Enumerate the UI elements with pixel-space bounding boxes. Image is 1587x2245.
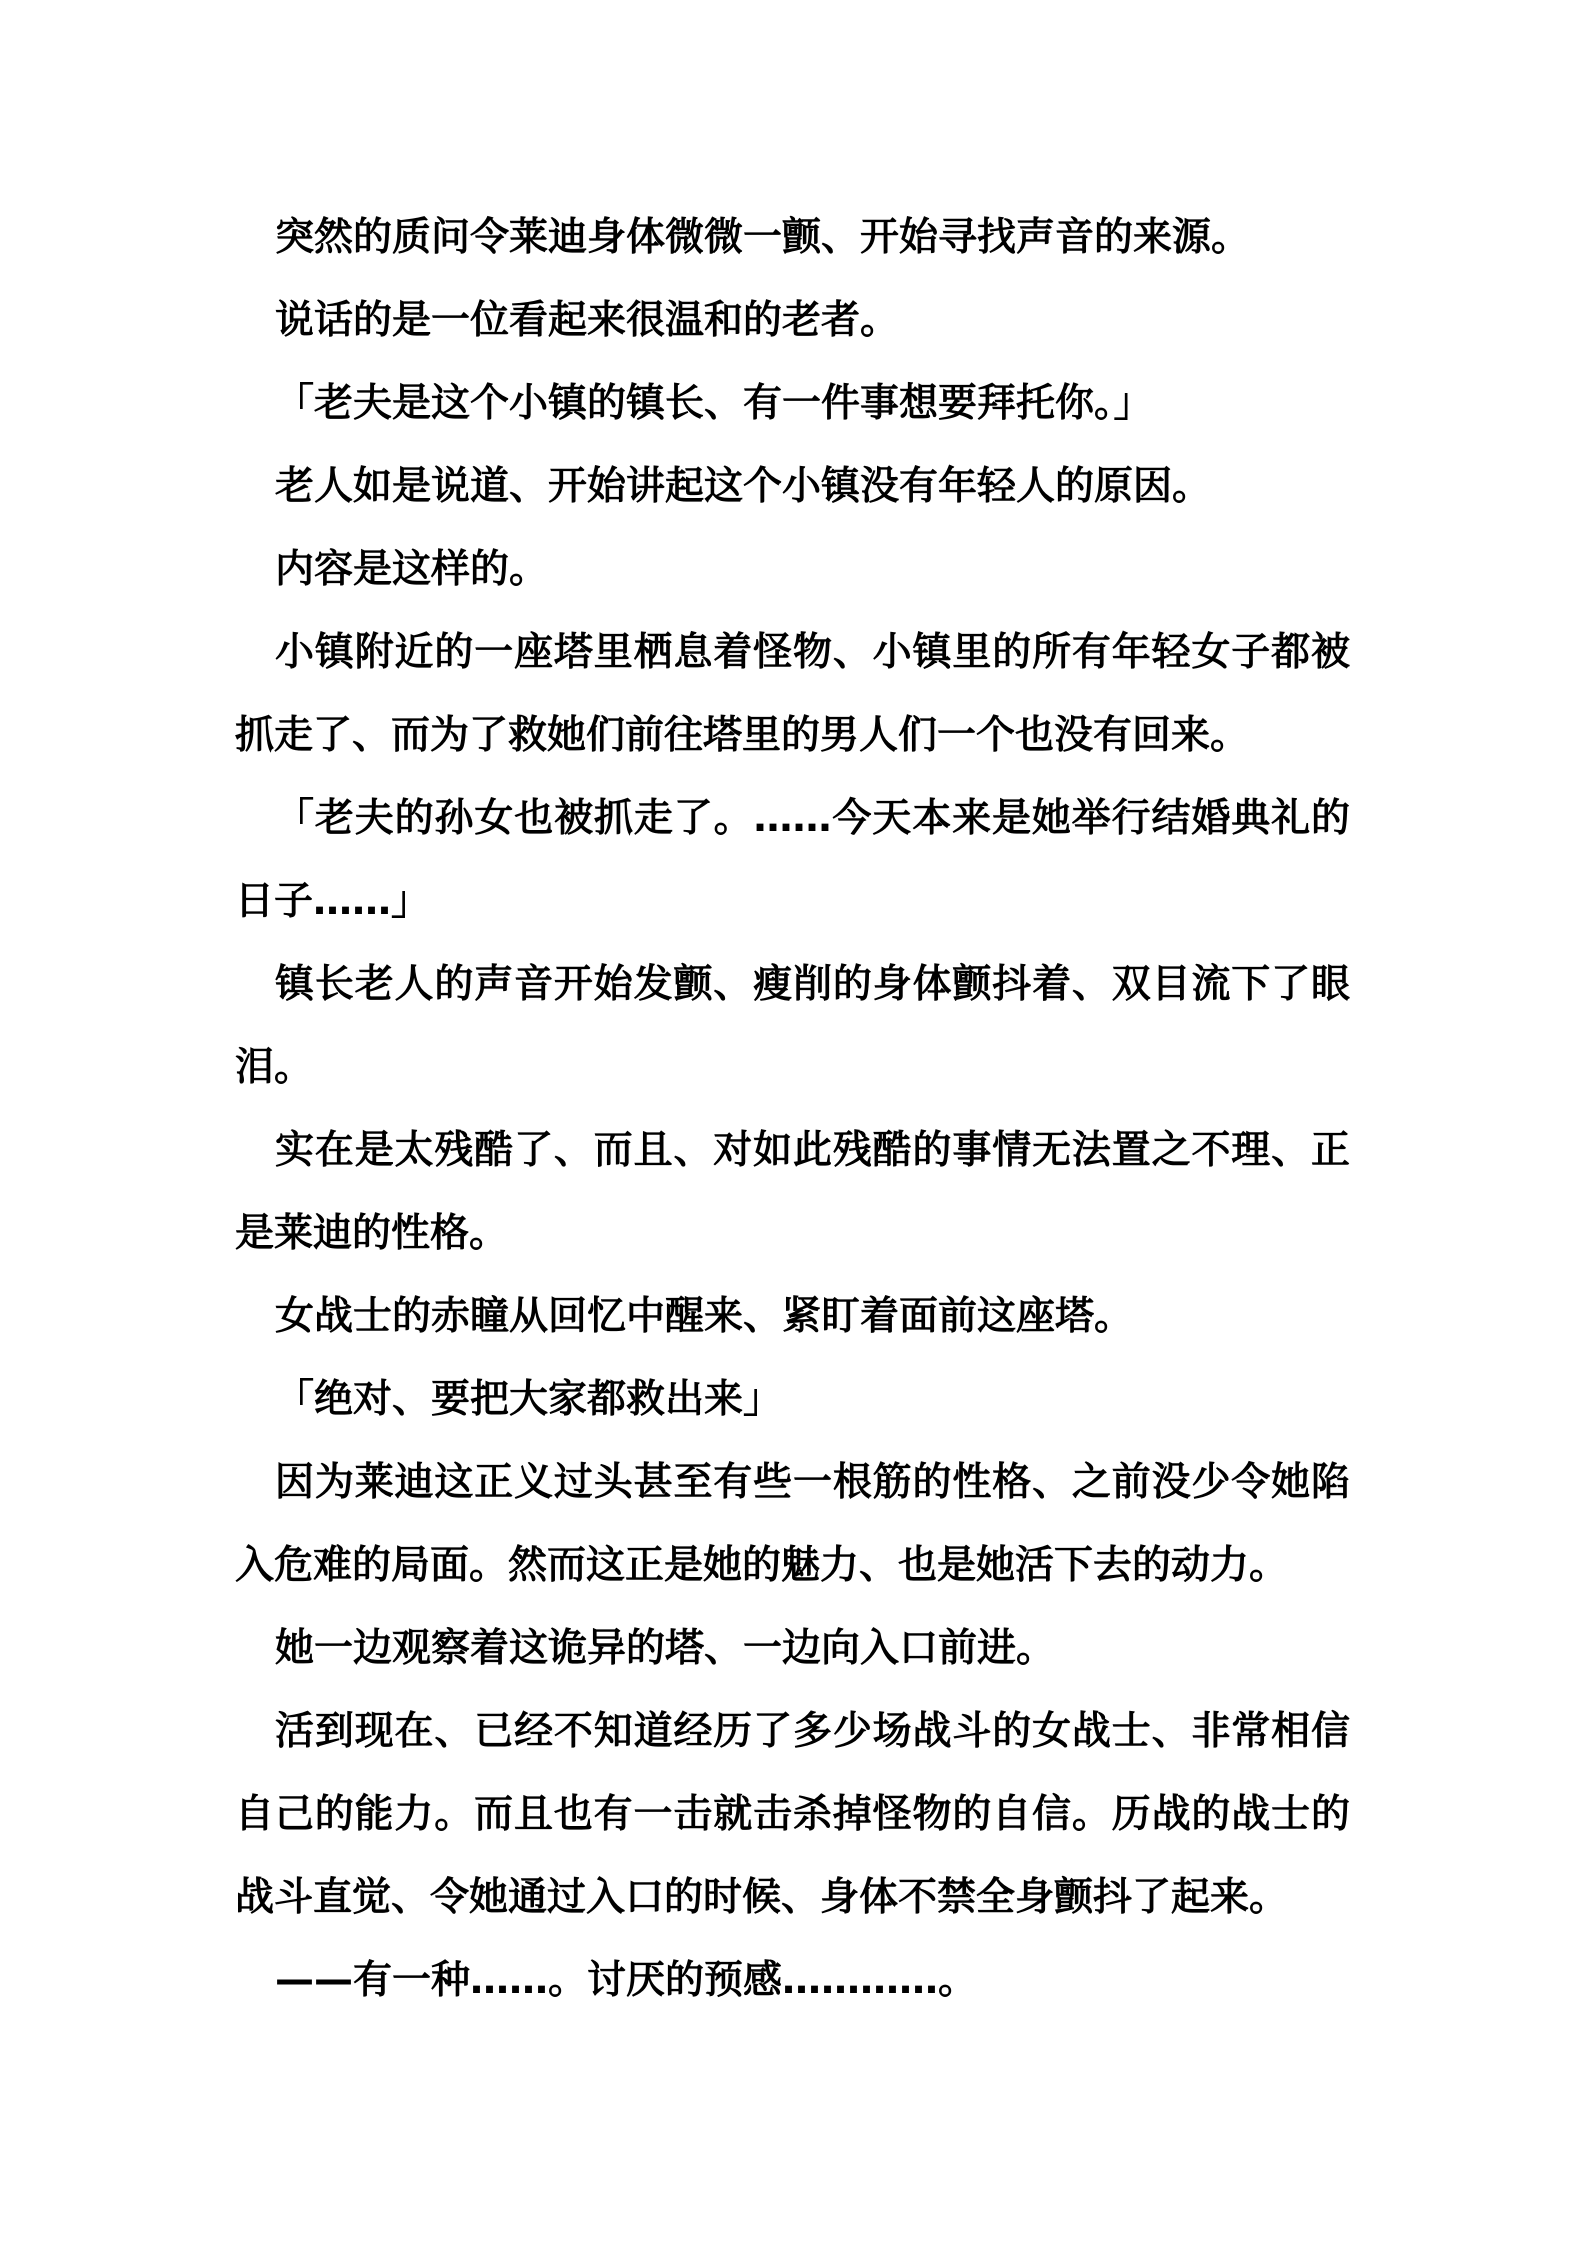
text-line: 自己的能力。而且也有一击就击杀掉怪物的自信。历战的战士的 xyxy=(235,1773,1350,1856)
text-line: 「绝对、要把大家都救出来」 xyxy=(235,1358,1350,1441)
text-line: ——有一种……。讨厌的预感…………。 xyxy=(235,1939,1350,2022)
text-line: 实在是太残酷了、而且、对如此残酷的事情无法置之不理、正 xyxy=(235,1109,1350,1192)
text-line: 入危难的局面。然而这正是她的魅力、也是她活下去的动力。 xyxy=(235,1524,1350,1607)
text-line: 抓走了、而为了救她们前往塔里的男人们一个也没有回来。 xyxy=(235,694,1350,777)
text-block: 突然的质问令莱迪身体微微一颤、开始寻找声音的来源。说话的是一位看起来很温和的老者… xyxy=(235,196,1350,2022)
text-line: 泪。 xyxy=(235,1026,1350,1109)
text-line: 是莱迪的性格。 xyxy=(235,1192,1350,1275)
text-line: 老人如是说道、开始讲起这个小镇没有年轻人的原因。 xyxy=(235,445,1350,528)
text-line: 因为莱迪这正义过头甚至有些一根筋的性格、之前没少令她陷 xyxy=(235,1441,1350,1524)
text-line: 「老夫的孙女也被抓走了。……今天本来是她举行结婚典礼的 xyxy=(235,777,1350,860)
text-line: 女战士的赤瞳从回忆中醒来、紧盯着面前这座塔。 xyxy=(235,1275,1350,1358)
text-line: 日子……」 xyxy=(235,860,1350,943)
text-line: 说话的是一位看起来很温和的老者。 xyxy=(235,279,1350,362)
text-line: 「老夫是这个小镇的镇长、有一件事想要拜托你。」 xyxy=(235,362,1350,445)
text-line: 她一边观察着这诡异的塔、一边向入口前进。 xyxy=(235,1607,1350,1690)
text-line: 内容是这样的。 xyxy=(235,528,1350,611)
text-line: 战斗直觉、令她通过入口的时候、身体不禁全身颤抖了起来。 xyxy=(235,1856,1350,1939)
document-page: 突然的质问令莱迪身体微微一颤、开始寻找声音的来源。说话的是一位看起来很温和的老者… xyxy=(0,0,1587,2245)
text-line: 突然的质问令莱迪身体微微一颤、开始寻找声音的来源。 xyxy=(235,196,1350,279)
text-line: 活到现在、已经不知道经历了多少场战斗的女战士、非常相信 xyxy=(235,1690,1350,1773)
text-line: 小镇附近的一座塔里栖息着怪物、小镇里的所有年轻女子都被 xyxy=(235,611,1350,694)
text-line: 镇长老人的声音开始发颤、瘦削的身体颤抖着、双目流下了眼 xyxy=(235,943,1350,1026)
